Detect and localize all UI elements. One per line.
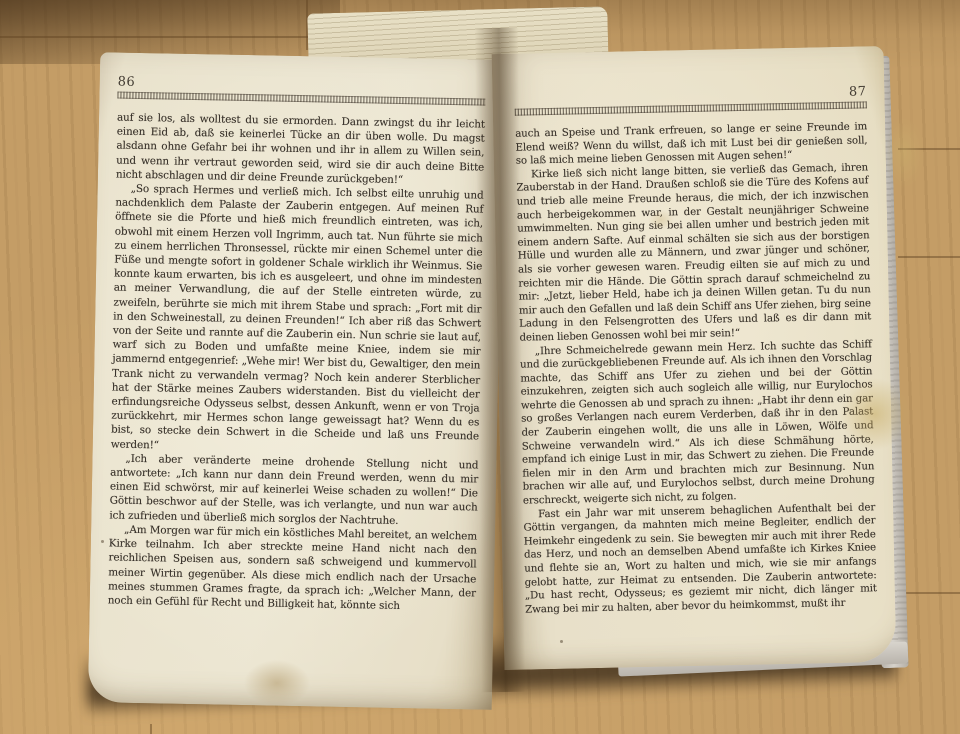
plank-seam [898, 256, 960, 258]
paper-speck [560, 640, 563, 643]
paragraph: Kirke ließ sich nicht lange bitten, sie … [516, 161, 872, 345]
paragraph: „Ich aber veränderte meine drohende Stel… [109, 451, 478, 529]
book-photo: 86 auf sie los, als wolltest du sie ermo… [0, 0, 960, 734]
paper-speck [101, 540, 104, 543]
left-page-header: 86 [117, 75, 485, 106]
paragraph: „Am Morgen war für mich ein köstliches M… [108, 522, 478, 614]
right-page-header: 87 [514, 84, 866, 115]
paragraph: Fast ein Jahr war mit unserem behagliche… [523, 501, 877, 617]
plank-seam [150, 724, 152, 734]
left-page-content: 86 auf sie los, als wolltest du sie ermo… [108, 75, 486, 615]
right-page: 87 auch an Speise und Trank erfreuen, so… [492, 46, 897, 670]
paragraph: „So sprach Hermes und verließ mich. Ich … [111, 182, 484, 459]
plank-seam [898, 592, 960, 594]
right-page-content: 87 auch an Speise und Trank erfreuen, so… [514, 84, 877, 617]
paragraph: „Ihre Schmeichelrede gewann mein Herz. I… [520, 338, 875, 508]
left-page: 86 auf sie los, als wolltest du sie ermo… [88, 52, 504, 710]
left-page-text: auf sie los, als wolltest du sie ermorde… [108, 111, 485, 615]
paragraph: auf sie los, als wolltest du sie ermorde… [116, 111, 485, 189]
plank-seam [0, 36, 340, 38]
right-page-text: auch an Speise und Trank erfreuen, so la… [515, 120, 877, 617]
plank-seam [898, 148, 960, 150]
